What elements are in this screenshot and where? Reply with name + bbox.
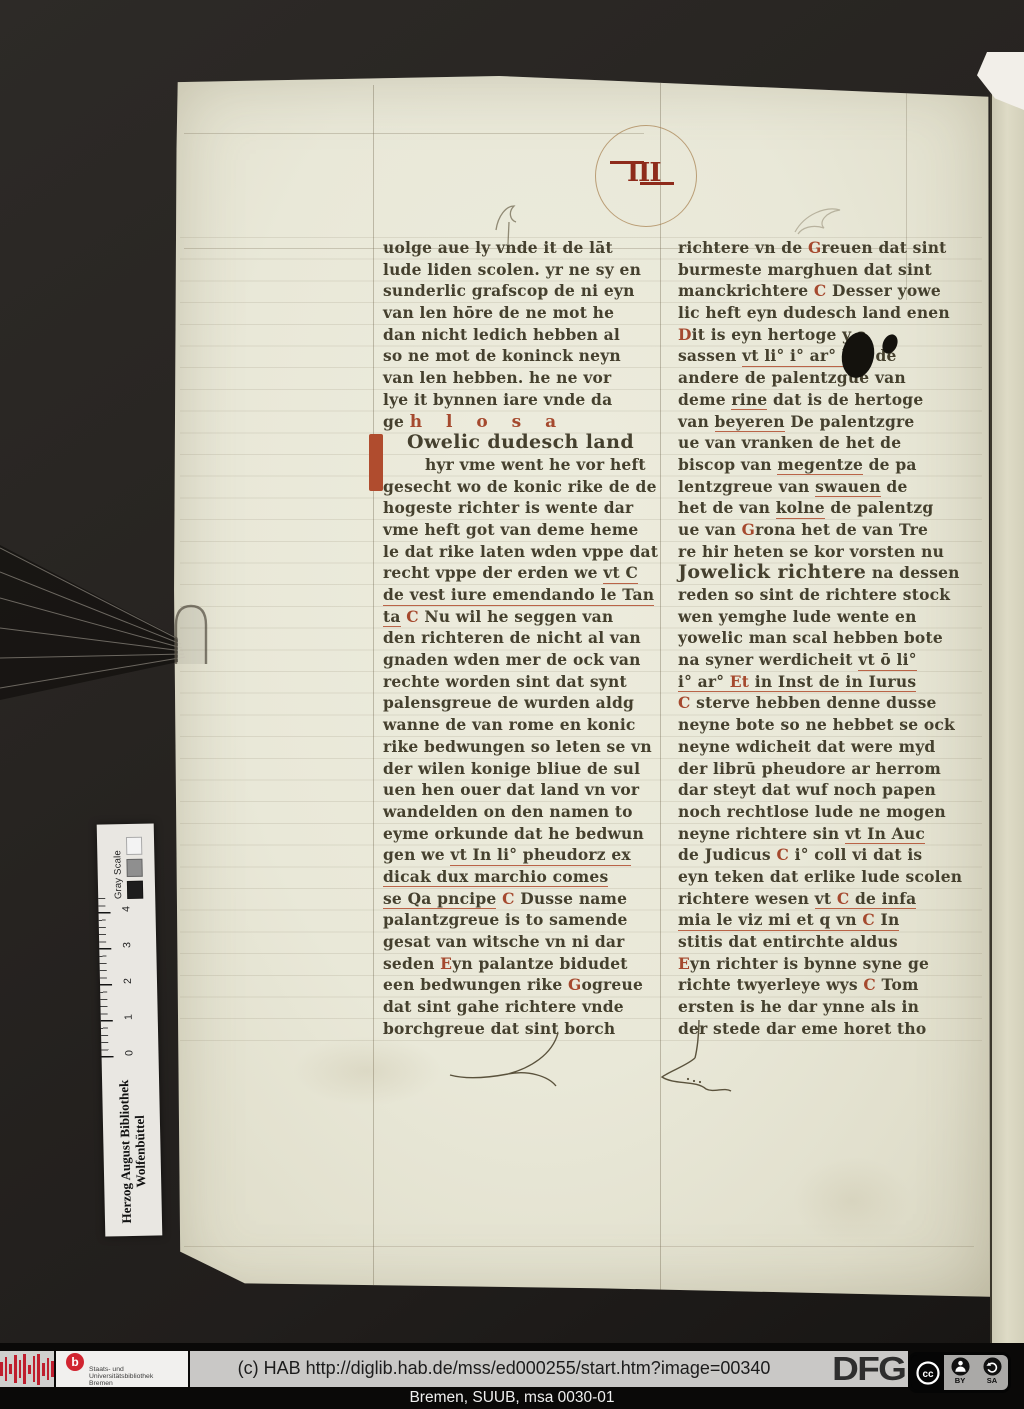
manuscript-line: mia le viz mi et q vn C In [678,909,956,931]
manuscript-line: lude liden scolen. yr ne sy en [383,259,655,281]
suub-logo: b Staats- und Universitätsbibliothek Bre… [56,1351,188,1387]
manuscript-line: dan nicht ledich hebben al [383,324,655,346]
grayscale-swatch-gray [126,859,142,877]
copyright-bar: (c) HAB http://diglib.hab.de/mss/ed00025… [190,1351,908,1387]
manuscript-line: van beyeren De palentzgre [678,411,956,433]
barcode-icon [37,1354,40,1385]
ruler-number: 4 [120,904,132,914]
parchment-stain [292,1036,442,1106]
manuscript-line: wandelden on den namen to [383,801,655,823]
copyright-text: (c) HAB http://diglib.hab.de/mss/ed00025… [190,1358,818,1379]
manuscript-line: uolge aue ly vnde it de lāt [383,237,655,259]
ruler-number: 3 [121,940,133,950]
thread-shadow [0,545,178,700]
manuscript-line: van len hebben. he ne vor [383,367,655,389]
manuscript-line: noch rechtlose lude ne mogen [678,801,956,823]
manuscript-line: gnaden wden mer de ock van [383,649,655,671]
grayscale-swatch-white [126,837,142,855]
gray-scale-patch: Gray Scale [109,824,144,900]
manuscript-line: andere de palentzgue van [678,367,956,389]
parchment-stain [792,1156,912,1246]
manuscript-line: van len hōre de ne mot he [383,302,655,324]
manuscript-line: vme heft got van deme heme [383,519,655,541]
manuscript-line: deme rine dat is de hertoge [678,389,956,411]
manuscript-line: lentzgreue van swauen de [678,476,956,498]
barcode-icon [33,1356,36,1382]
manuscript-line: een bedwungen rike Gogreue [383,974,655,996]
footer-bar: b Staats- und Universitätsbibliothek Bre… [0,1343,1024,1409]
barcode-icon [14,1355,17,1383]
library-name: Herzog August Bibliothek Wolfenbüttel [115,1067,149,1237]
suub-label-line3: Bremen [89,1380,153,1387]
manuscript-line: der librū pheudore ar herrom [678,758,956,780]
color-ruler-strip: Herzog August Bibliothek Wolfenbüttel 0 … [97,823,163,1236]
gray-scale-swatches [126,824,144,899]
manuscript-line: eyme orkunde dat he bedwun [383,823,655,845]
manuscript-line: Owelic dudesch land [407,432,655,454]
barcode-icon [23,1354,26,1384]
ruler-content: Herzog August Bibliothek Wolfenbüttel 0 … [97,823,163,1236]
holding-threads [0,548,185,688]
manuscript-line: stitis dat entirchte aldus [678,931,956,953]
barcode-icon [0,1362,3,1376]
gray-scale-label: Gray Scale [112,824,125,899]
manuscript-column-right: richtere vn de Greuen dat sintburmeste m… [678,237,956,1039]
manuscript-line: C sterve hebben denne dusse [678,692,956,714]
manuscript-line: rike bedwungen so leten se vn [383,736,655,758]
manuscript-line: palantzgreue is to samende [383,909,655,931]
manuscript-line: de Judicus C i° coll vi dat is [678,844,956,866]
manuscript-line: hogeste richter is wente dar [383,497,655,519]
manuscript-line: het de van kolne de palentzg [678,497,956,519]
manuscript-line: dicak dux marchio comes [383,866,655,888]
barcode-icon [19,1360,22,1378]
barcode-icon [5,1357,8,1381]
horizontal-ruling [184,133,644,134]
manuscript-line: rechte worden sint dat synt [383,671,655,693]
manuscript-line: borchgreue dat sint borch [383,1018,655,1040]
manuscript-line: de vest iure emendando le Tan [383,584,655,606]
manuscript-line: dar steyt dat wuf noch papen [678,779,956,801]
cm-ruler: 0 1 2 3 4 [98,898,159,1067]
manuscript-line: gen we vt In li° pheudorz ex [383,844,655,866]
share-alike-arrow-icon [983,1357,1002,1376]
folio-number-circle: III [595,125,697,227]
manuscript-line: seden Eyn palantze bidudet [383,953,655,975]
manuscript-line: manckrichtere C Desser yowe [678,280,956,302]
manuscript-line: le dat rike laten wden vppe dat [383,541,655,563]
cc-sa: SA [983,1357,1002,1385]
ruler-number: 0 [123,1048,135,1058]
book-fore-edge [990,94,1024,1348]
manuscript-line: ue van Grona het de van Tre [678,519,956,541]
manuscript-line: burmeste marghuen dat sint [678,259,956,281]
manuscript-line: reden so sint de richtere stock [678,584,956,606]
ruler-ticks-major [98,907,113,1057]
suub-label: Staats- und Universitätsbibliothek Breme… [89,1366,153,1388]
manuscript-line: na syner werdicheit vt ō li° [678,649,956,671]
manuscript-line: richte twyerleye wys C Tom [678,974,956,996]
manuscript-line: dat sint gahe richtere vnde [383,996,655,1018]
manuscript-line: hyr vme went he vor heft [425,454,655,476]
manuscript-line: i° ar° Et in Inst de in Iurus [678,671,956,693]
manuscript-line: richtere wesen vt C de infa [678,888,956,910]
manuscript-line: yowelic man scal hebben bote [678,627,956,649]
manuscript-line: lye it bynnen iare vnde da [383,389,655,411]
cc-license-badge: cc BY SA [908,1352,1011,1393]
barcode-logo [0,1351,54,1387]
cc-by-label: BY [955,1376,965,1385]
vertical-ruling-left [373,85,374,1295]
manuscript-line: gesat van witsche vn ni dar [383,931,655,953]
manuscript-line: neyne richtere sin vt In Auc [678,823,956,845]
shelfmark-text: Bremen, SUUB, msa 0030-01 [0,1389,1024,1407]
grayscale-swatch-black [127,881,143,899]
manuscript-line: der wilen konige bliue de sul [383,758,655,780]
manuscript-line: Dit is eyn hertoge y a [678,324,956,346]
suub-label-line1: Staats- und [89,1366,153,1373]
horizontal-ruling [184,1246,974,1247]
barcode-icon [47,1358,50,1380]
manuscript-line: Jowelick richtere na dessen [678,562,956,584]
manuscript-line: neyne wdicheit dat were myd [678,736,956,758]
manuscript-line: biscop van megentze de pa [678,454,956,476]
manuscript-line: gesecht wo de konic rike de de [383,476,655,498]
manuscript-line: wanne de van rome en konic [383,714,655,736]
manuscript-line: wen yemghe lude wente en [678,606,956,628]
manuscript-line: lic heft eyn dudesch land enen [678,302,956,324]
manuscript-line: se Qa pncipe C Dusse name [383,888,655,910]
manuscript-line: der stede dar eme horet tho [678,1018,956,1040]
barcode-icon [51,1361,54,1377]
cc-by: BY [951,1357,970,1385]
rubricated-initial-I [369,434,383,491]
manuscript-line: ge h l o s a [383,411,655,433]
barcode-icon [28,1365,31,1374]
manuscript-line: re hir heten se kor vorsten nu [678,541,956,563]
barcode-icon [42,1363,45,1376]
manuscript-line: Eyn richter is bynne syne ge [678,953,956,975]
manuscript-line: richtere vn de Greuen dat sint [678,237,956,259]
manuscript-line: sassen vt li° i° ar° hm de [678,345,956,367]
manuscript-line: ersten is he dar ynne als in [678,996,956,1018]
digitized-manuscript-photo: III uolge aue ly vnde it de lātlude lide… [0,0,1024,1409]
manuscript-line: den richteren de nicht al van [383,627,655,649]
attribution-person-icon [951,1357,970,1376]
barcode-icon [9,1364,12,1374]
manuscript-line: eyn teken dat erlike lude scolen [678,866,956,888]
cc-sa-label: SA [987,1376,997,1385]
suub-b-icon: b [66,1353,84,1371]
manuscript-line: ue van vranken de het de [678,432,956,454]
ruler-number: 2 [122,976,134,986]
manuscript-line: uen hen ouer dat land vn vor [383,779,655,801]
cc-terms: BY SA [944,1355,1008,1390]
ruler-number: 1 [123,1012,135,1022]
manuscript-line: neyne bote so ne hebbet se ock [678,714,956,736]
suub-label-line2: Universitätsbibliothek [89,1373,153,1380]
manuscript-line: recht vppe der erden we vt C [383,562,655,584]
dfg-logo: DFG [832,1350,905,1388]
manuscript-line: palensgreue de wurden aldg [383,692,655,714]
manuscript-line: ta C Nu wil he seggen van [383,606,655,628]
cc-icon: cc [911,1355,944,1390]
vertical-ruling-gutter [660,83,661,1295]
parchment-page: III uolge aue ly vnde it de lātlude lide… [172,76,990,1298]
folio-number: III [627,158,661,188]
manuscript-line: sunderlic grafscop de ni eyn [383,280,655,302]
manuscript-line: so ne mot de koninck neyn [383,345,655,367]
svg-text:cc: cc [922,1369,934,1380]
manuscript-column-left: uolge aue ly vnde it de lātlude liden sc… [383,237,655,1039]
